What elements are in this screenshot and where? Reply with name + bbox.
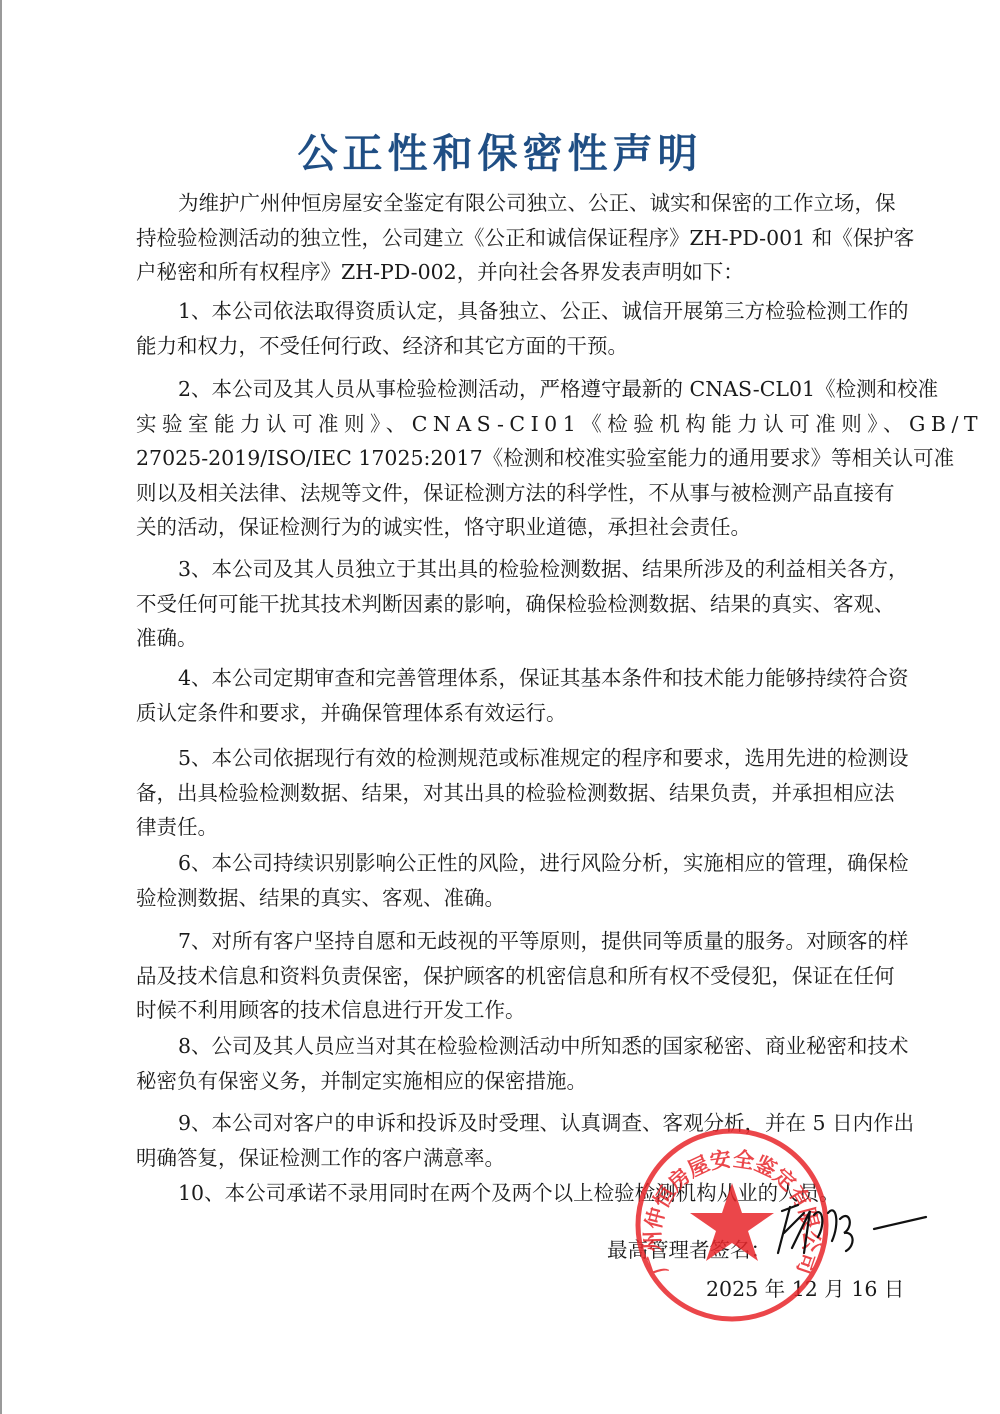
clause-10: 10、本公司承诺不录用同时在两个及两个以上检验检测机构从业的人员。 (136, 1176, 881, 1211)
text-line: 7、对所有客户坚持自愿和无歧视的平等原则，提供同等质量的服务。对顾客的样 (136, 924, 881, 959)
text-line: 1、本公司依法取得资质认定，具备独立、公正、诚信开展第三方检验检测工作的 (136, 294, 881, 329)
text-line: 质认定条件和要求，并确保管理体系有效运行。 (136, 696, 881, 731)
text-line: 8、公司及其人员应当对其在检验检测活动中所知悉的国家秘密、商业秘密和技术 (136, 1029, 881, 1064)
text-line: 4、本公司定期审查和完善管理体系，保证其基本条件和技术能力能够持续符合资 (136, 661, 881, 696)
text-line: 持检验检测活动的独立性，公司建立《公正和诚信保证程序》ZH-PD-001 和《保… (136, 221, 881, 256)
clause-2: 2、本公司及其人员从事检验检测活动，严格遵守最新的 CNAS-CL01《检测和校… (136, 372, 881, 545)
text-line: 为维护广州仲恒房屋安全鉴定有限公司独立、公正、诚实和保密的工作立场，保 (136, 186, 881, 221)
text-line: 秘密负有保密义务，并制定实施相应的保密措施。 (136, 1064, 881, 1099)
text-line: 时候不利用顾客的技术信息进行开发工作。 (136, 993, 881, 1028)
page-title: 公正性和保密性声明 (0, 122, 1000, 179)
text-line: 明确答复，保证检测工作的客户满意率。 (136, 1141, 881, 1176)
clause-7: 7、对所有客户坚持自愿和无歧视的平等原则，提供同等质量的服务。对顾客的样 品及技… (136, 924, 881, 1028)
clause-6: 6、本公司持续识别影响公正性的风险，进行风险分析，实施相应的管理，确保检 验检测… (136, 846, 881, 915)
signature-label: 最高管理者签名： (607, 1233, 771, 1263)
text-line: 不受任何可能干扰其技术判断因素的影响，确保检验检测数据、结果的真实、客观、 (136, 587, 881, 622)
clause-5: 5、本公司依据现行有效的检测规范或标准规定的程序和要求，选用先进的检测设 备，出… (136, 741, 881, 845)
text-line: 关的活动，保证检测行为的诚实性，恪守职业道德，承担社会责任。 (136, 510, 881, 545)
text-line: 律责任。 (136, 810, 881, 845)
text-line: 实验室能力认可准则》、CNAS-CI01《检验机构能力认可准则》、GB/T (136, 407, 881, 442)
intro-paragraph: 为维护广州仲恒房屋安全鉴定有限公司独立、公正、诚实和保密的工作立场，保 持检验检… (136, 186, 881, 290)
clause-9: 9、本公司对客户的申诉和投诉及时受理、认真调查、客观分析，并在 5 日内作出 明… (136, 1106, 881, 1175)
clause-1: 1、本公司依法取得资质认定，具备独立、公正、诚信开展第三方检验检测工作的 能力和… (136, 294, 881, 363)
text-line: 准确。 (136, 621, 881, 656)
text-line: 备，出具检验检测数据、结果，对其出具的检验检测数据、结果负责，并承担相应法 (136, 776, 881, 811)
text-line: 户秘密和所有权程序》ZH-PD-002，并向社会各界发表声明如下： (136, 255, 881, 290)
text-line: 则以及相关法律、法规等文件，保证检测方法的科学性，不从事与被检测产品直接有 (136, 476, 881, 511)
clause-4: 4、本公司定期审查和完善管理体系，保证其基本条件和技术能力能够持续符合资 质认定… (136, 661, 881, 730)
text-line: 2、本公司及其人员从事检验检测活动，严格遵守最新的 CNAS-CL01《检测和校… (136, 372, 881, 407)
text-line: 10、本公司承诺不录用同时在两个及两个以上检验检测机构从业的人员。 (136, 1176, 881, 1211)
text-line: 3、本公司及其人员独立于其出具的检验检测数据、结果所涉及的利益相关各方， (136, 552, 881, 587)
clause-8: 8、公司及其人员应当对其在检验检测活动中所知悉的国家秘密、商业秘密和技术 秘密负… (136, 1029, 881, 1098)
clause-3: 3、本公司及其人员独立于其出具的检验检测数据、结果所涉及的利益相关各方， 不受任… (136, 552, 881, 656)
text-line: 验检测数据、结果的真实、客观、准确。 (136, 881, 881, 916)
text-line: 27025-2019/ISO/IEC 17025:2017《检测和校准实验室能力… (136, 441, 881, 476)
text-line: 品及技术信息和资料负责保密，保护顾客的机密信息和所有权不受侵犯，保证在任何 (136, 959, 881, 994)
signature-date: 2025 年 12 月 16 日 (706, 1272, 904, 1302)
scan-edge-line (0, 0, 2, 1414)
text-line: 9、本公司对客户的申诉和投诉及时受理、认真调查、客观分析，并在 5 日内作出 (136, 1106, 881, 1141)
text-line: 5、本公司依据现行有效的检测规范或标准规定的程序和要求，选用先进的检测设 (136, 741, 881, 776)
text-line: 6、本公司持续识别影响公正性的风险，进行风险分析，实施相应的管理，确保检 (136, 846, 881, 881)
text-line: 能力和权力，不受任何行政、经济和其它方面的干预。 (136, 329, 881, 364)
